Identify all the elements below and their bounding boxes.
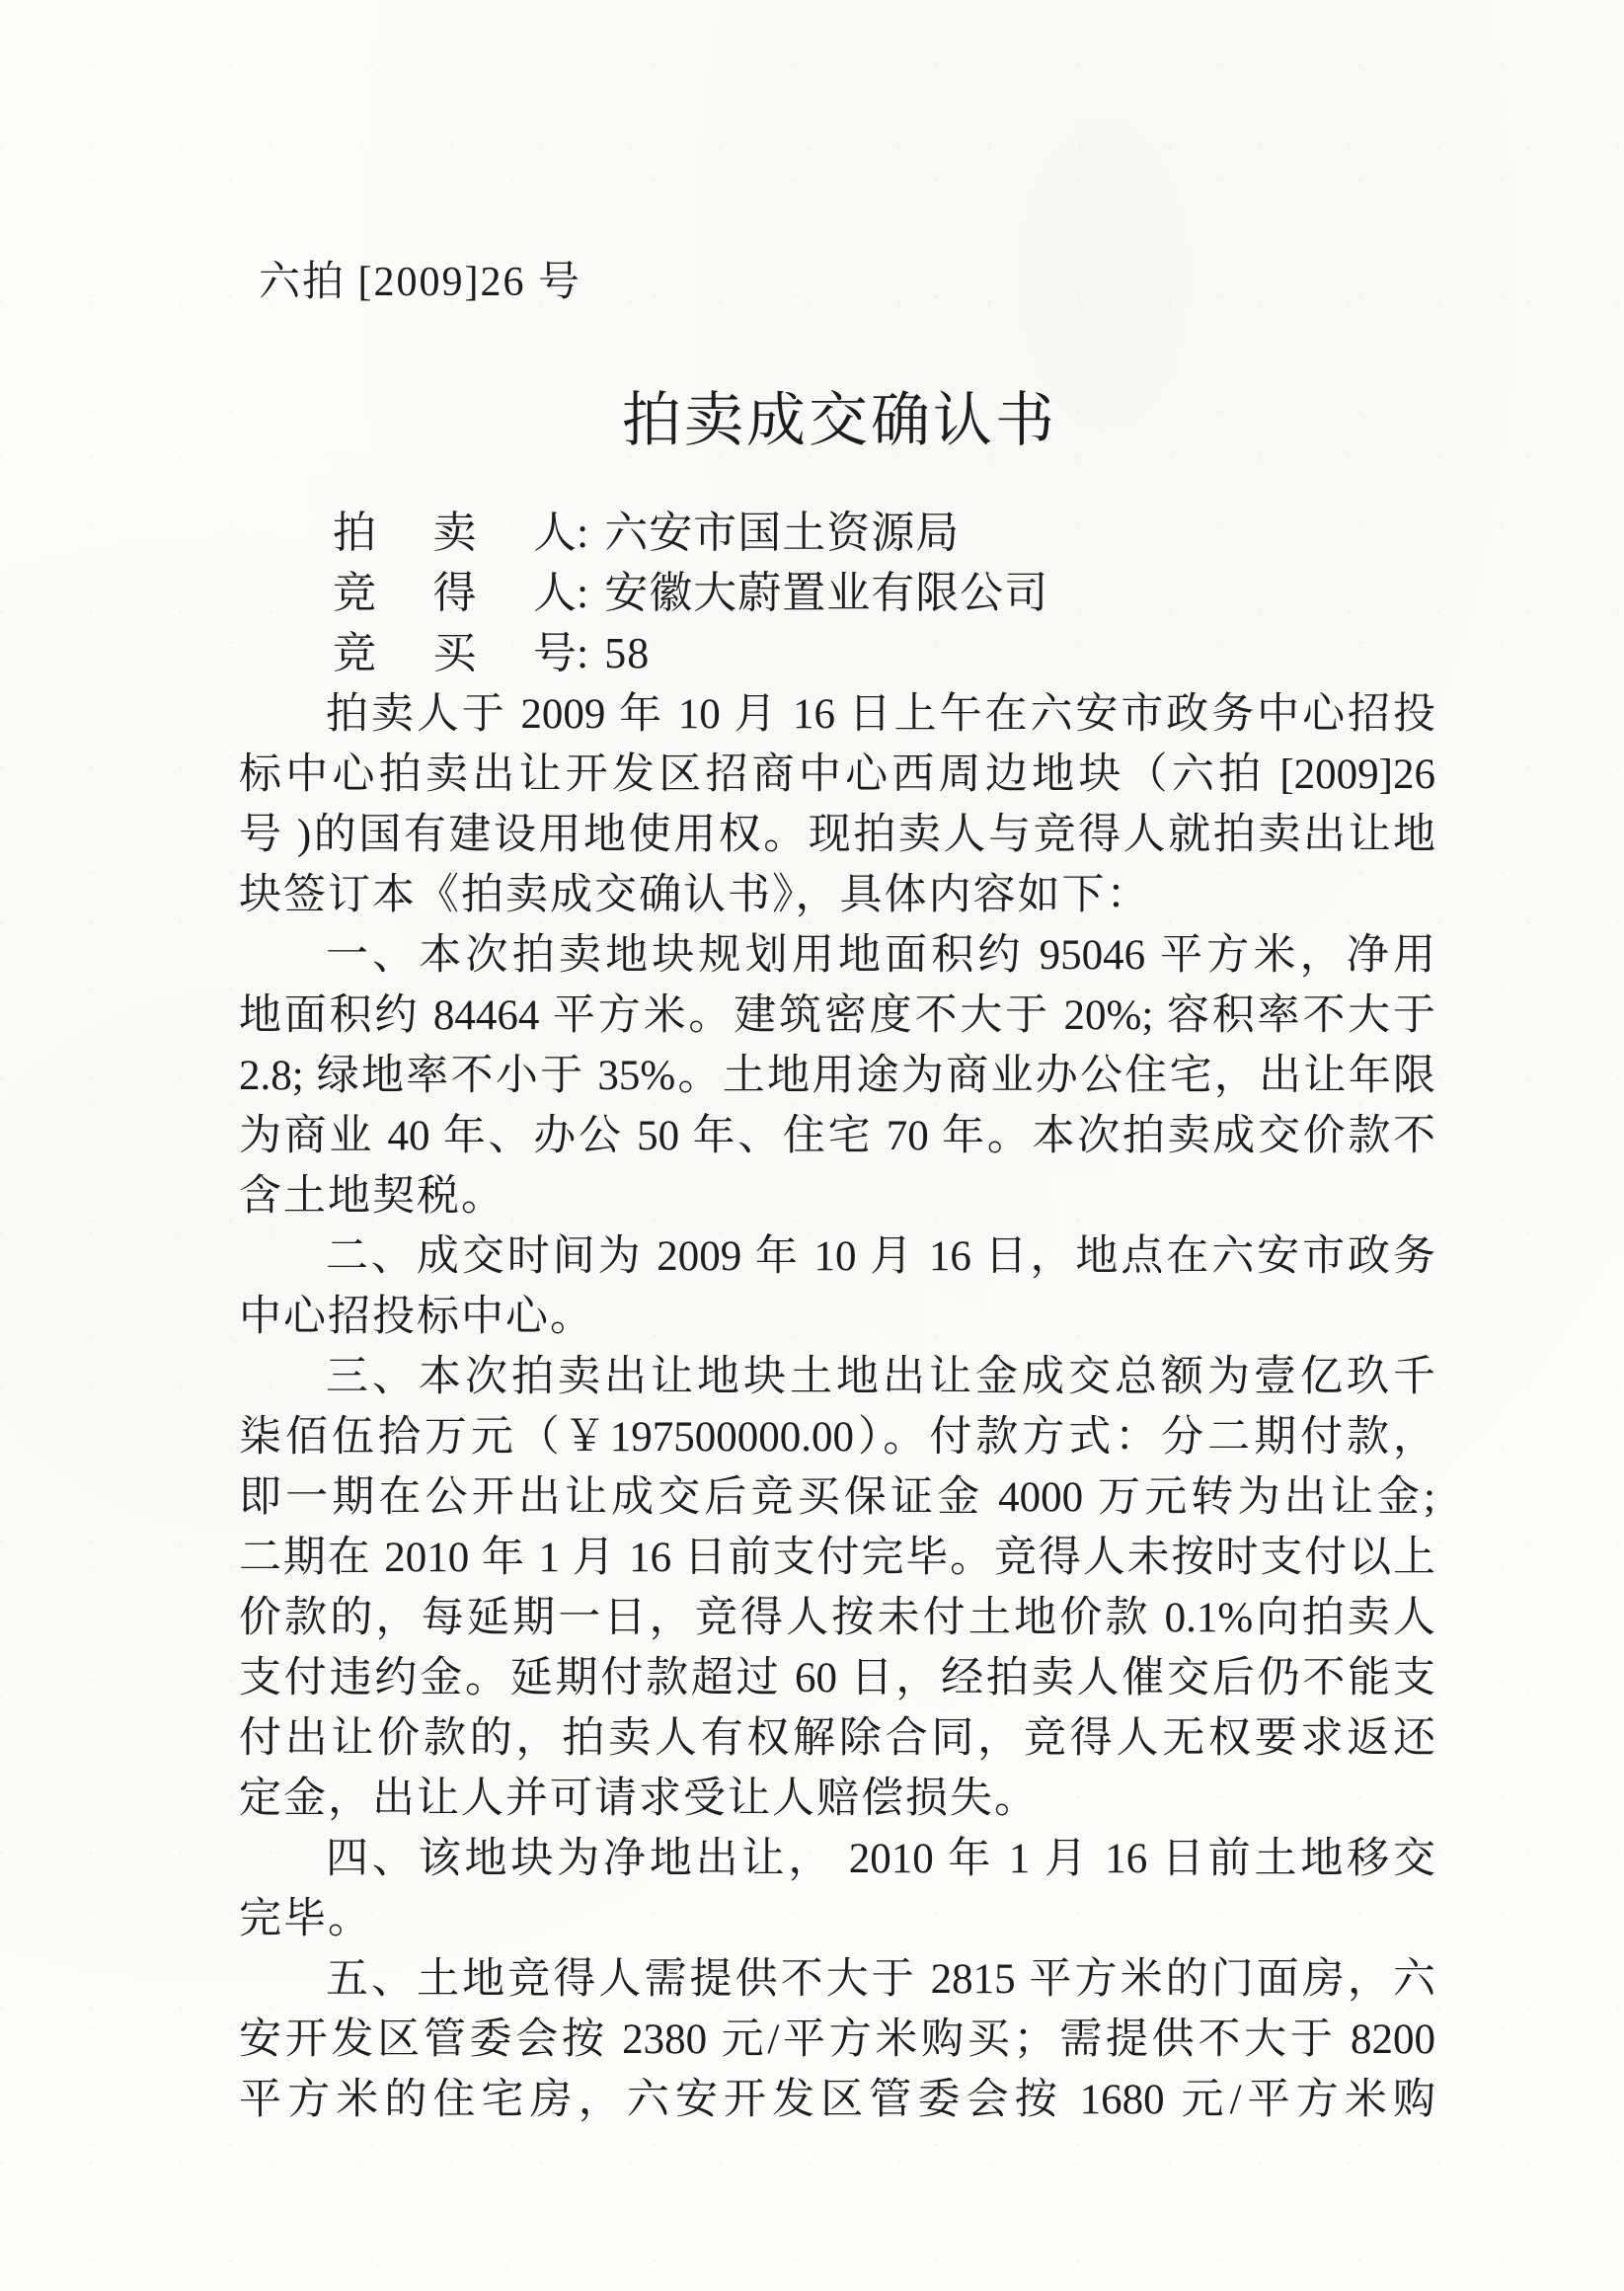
body-line: 柒佰伍拾万元（￥197500000.00）。付款方式：分二期付款， xyxy=(239,1407,1435,1467)
body-line: 含土地契税。 xyxy=(239,1166,1435,1226)
body-line: 二、成交时间为 2009 年 10 月 16 日，地点在六安市政务 xyxy=(239,1226,1435,1287)
body-line: 拍卖人于 2009 年 10 月 16 日上午在六安市政务中心招投 xyxy=(239,684,1435,745)
body-line: 定金，出让人并可请求受让人赔偿损失。 xyxy=(239,1769,1435,1829)
body-line: 2.8; 绿地率不小于 35%。土地用途为商业办公住宅，出让年限 xyxy=(239,1046,1435,1106)
party-value: 58 xyxy=(604,623,650,683)
body-line: 四、该地块为净地出让， 2010 年 1 月 16 日前土地移交 xyxy=(239,1829,1435,1889)
party-colon: : xyxy=(577,623,588,683)
body-line: 安开发区管委会按 2380 元/平方米购买；需提供不大于 8200 xyxy=(239,2010,1435,2070)
body-line: 块签订本《拍卖成交确认书》，具体内容如下： xyxy=(239,865,1435,925)
body-line: 付出让价款的，拍卖人有权解除合同，竞得人无权要求返还 xyxy=(239,1708,1435,1769)
body-line: 完毕。 xyxy=(239,1889,1435,1949)
party-value: 六安市国土资源局 xyxy=(604,503,960,563)
party-label: 竞买号 xyxy=(333,623,577,683)
scanned-document-page: 六拍 [2009]26 号 拍卖成交确认书 拍卖人:六安市国土资源局 竞得人:安… xyxy=(0,0,1624,2291)
party-colon: : xyxy=(577,503,588,563)
parties-block: 拍卖人:六安市国土资源局 竞得人:安徽大蔚置业有限公司 竞买号:58 xyxy=(333,503,1048,683)
document-body: 拍卖人于 2009 年 10 月 16 日上午在六安市政务中心招投 标中心拍卖出… xyxy=(239,684,1435,2130)
party-colon: : xyxy=(577,563,588,623)
body-line: 为商业 40 年、办公 50 年、住宅 70 年。本次拍卖成交价款不 xyxy=(239,1106,1435,1166)
body-line: 五、土地竞得人需提供不大于 2815 平方米的门面房，六 xyxy=(239,1949,1435,2010)
body-line: 地面积约 84464 平方米。建筑密度不大于 20%; 容积率不大于 xyxy=(239,986,1435,1046)
party-value: 安徽大蔚置业有限公司 xyxy=(604,563,1048,623)
body-line: 号 )的国有建设用地使用权。现拍卖人与竞得人就拍卖出让地 xyxy=(239,805,1435,865)
body-line: 价款的，每延期一日，竞得人按未付土地价款 0.1%向拍卖人 xyxy=(239,1588,1435,1648)
body-line: 标中心拍卖出让开发区招商中心西周边地块（六拍 [2009]26 xyxy=(239,745,1435,805)
party-row-auctioneer: 拍卖人:六安市国土资源局 xyxy=(333,503,1048,563)
document-number: 六拍 [2009]26 号 xyxy=(259,249,581,308)
body-line: 二期在 2010 年 1 月 16 日前支付完毕。竞得人未按时支付以上 xyxy=(239,1528,1435,1588)
party-row-winning-bidder: 竞得人:安徽大蔚置业有限公司 xyxy=(333,563,1048,623)
document-title: 拍卖成交确认书 xyxy=(622,373,1057,458)
body-line: 一、本次拍卖地块规划用地面积约 95046 平方米，净用 xyxy=(239,925,1435,986)
party-label: 拍卖人 xyxy=(333,503,577,563)
party-row-bidder-number: 竞买号:58 xyxy=(333,623,1048,683)
party-label: 竞得人 xyxy=(333,563,577,623)
body-line: 平方米的住宅房，六安开发区管委会按 1680 元/平方米购 xyxy=(239,2070,1435,2130)
body-line: 即一期在公开出让成交后竞买保证金 4000 万元转为出让金; xyxy=(239,1467,1435,1528)
body-line: 支付违约金。延期付款超过 60 日，经拍卖人催交后仍不能支 xyxy=(239,1648,1435,1708)
body-line: 三、本次拍卖出让地块土地出让金成交总额为壹亿玖千 xyxy=(239,1347,1435,1407)
body-line: 中心招投标中心。 xyxy=(239,1287,1435,1347)
